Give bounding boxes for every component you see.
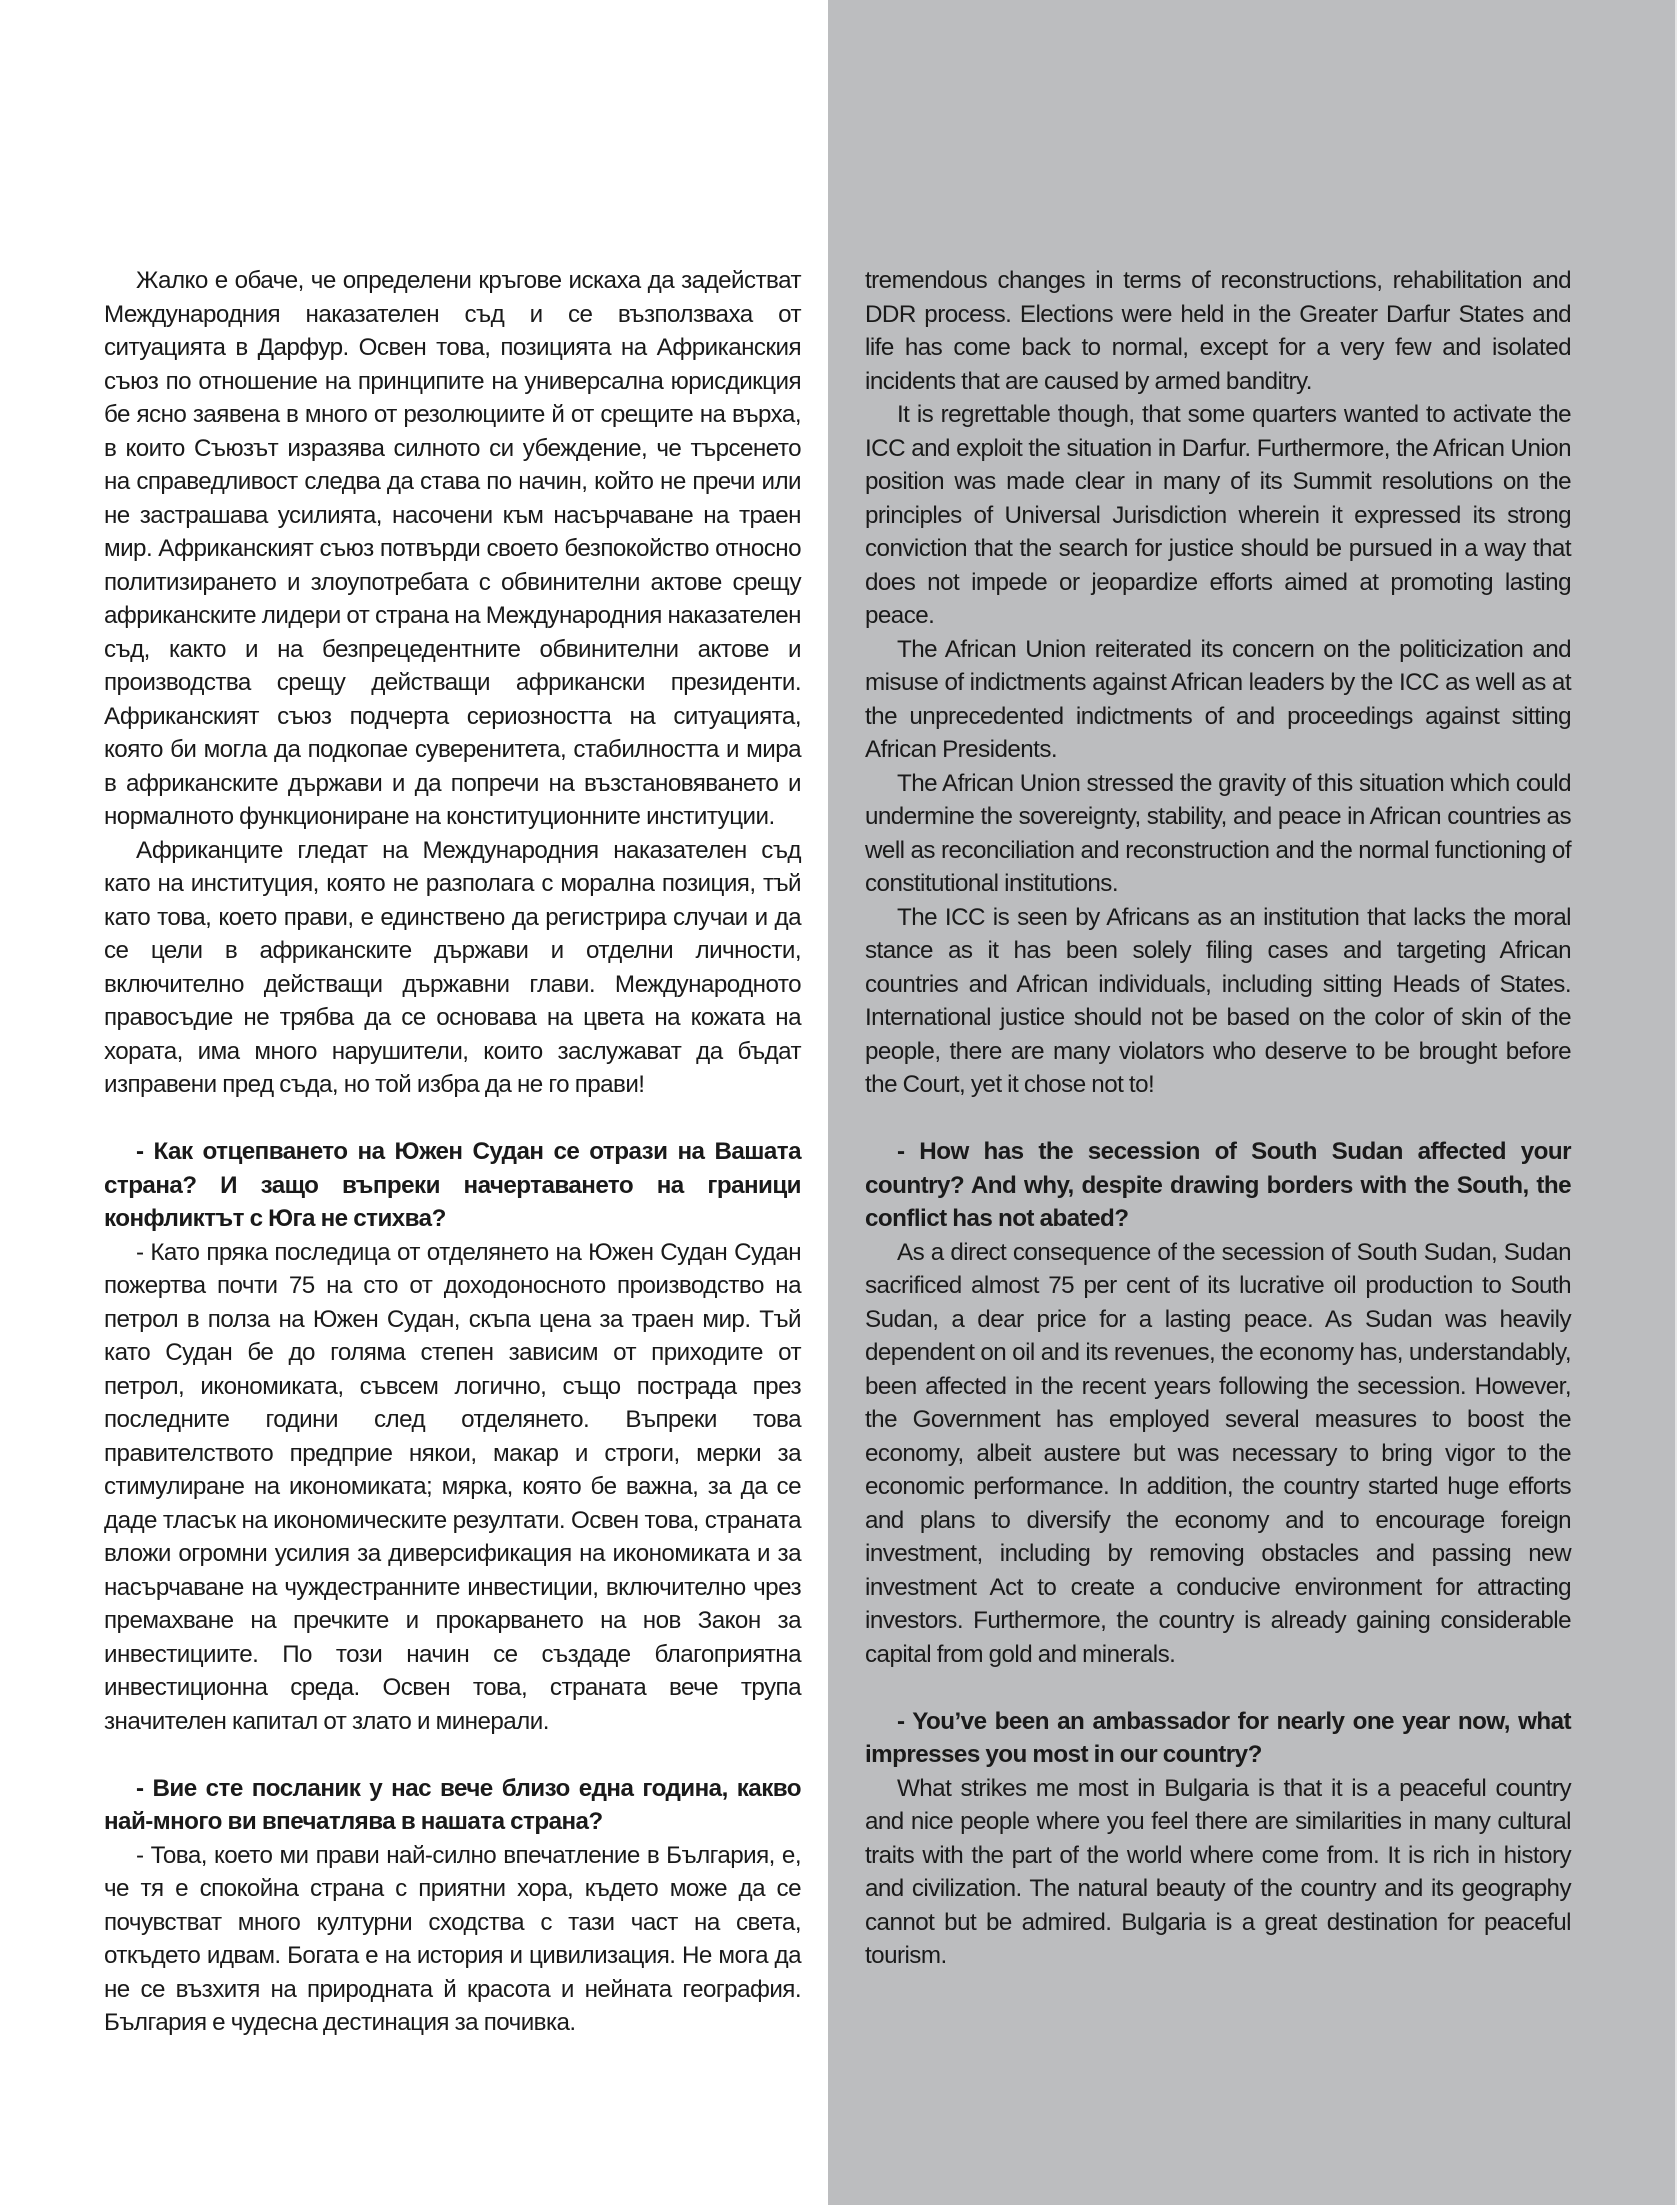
bulgarian-column: Жалко е обаче, че определени кръгове иск… (104, 264, 801, 2040)
en-answer-ambassador: What strikes me most in Bulgaria is that… (865, 1772, 1571, 1973)
en-paragraph-4: The African Union stressed the gravity o… (865, 767, 1571, 901)
bg-paragraph-2: Африканците гледат на Международния нака… (104, 834, 801, 1102)
en-answer-south-sudan: As a direct consequence of the secession… (865, 1236, 1571, 1672)
en-question-south-sudan: - How has the secession of South Sudan a… (865, 1135, 1571, 1236)
bg-question-south-sudan: - Как отцепването на Южен Судан се отраз… (104, 1135, 801, 1236)
english-column: tremendous changes in terms of reconstru… (865, 264, 1571, 1973)
bg-answer-south-sudan: - Като пряка последица от отделянето на … (104, 1236, 801, 1739)
bg-paragraph-1: Жалко е обаче, че определени кръгове иск… (104, 264, 801, 834)
en-paragraph-2: It is regrettable though, that some quar… (865, 398, 1571, 633)
en-paragraph-1: tremendous changes in terms of reconstru… (865, 264, 1571, 398)
bg-question-ambassador: - Вие сте посланик у нас вече близо една… (104, 1772, 801, 1839)
en-question-ambassador: - You’ve been an ambassador for nearly o… (865, 1705, 1571, 1772)
bg-answer-ambassador: - Това, което ми прави най-силно впечатл… (104, 1839, 801, 2040)
en-paragraph-3: The African Union reiterated its concern… (865, 633, 1571, 767)
en-paragraph-5: The ICC is seen by Africans as an instit… (865, 901, 1571, 1102)
